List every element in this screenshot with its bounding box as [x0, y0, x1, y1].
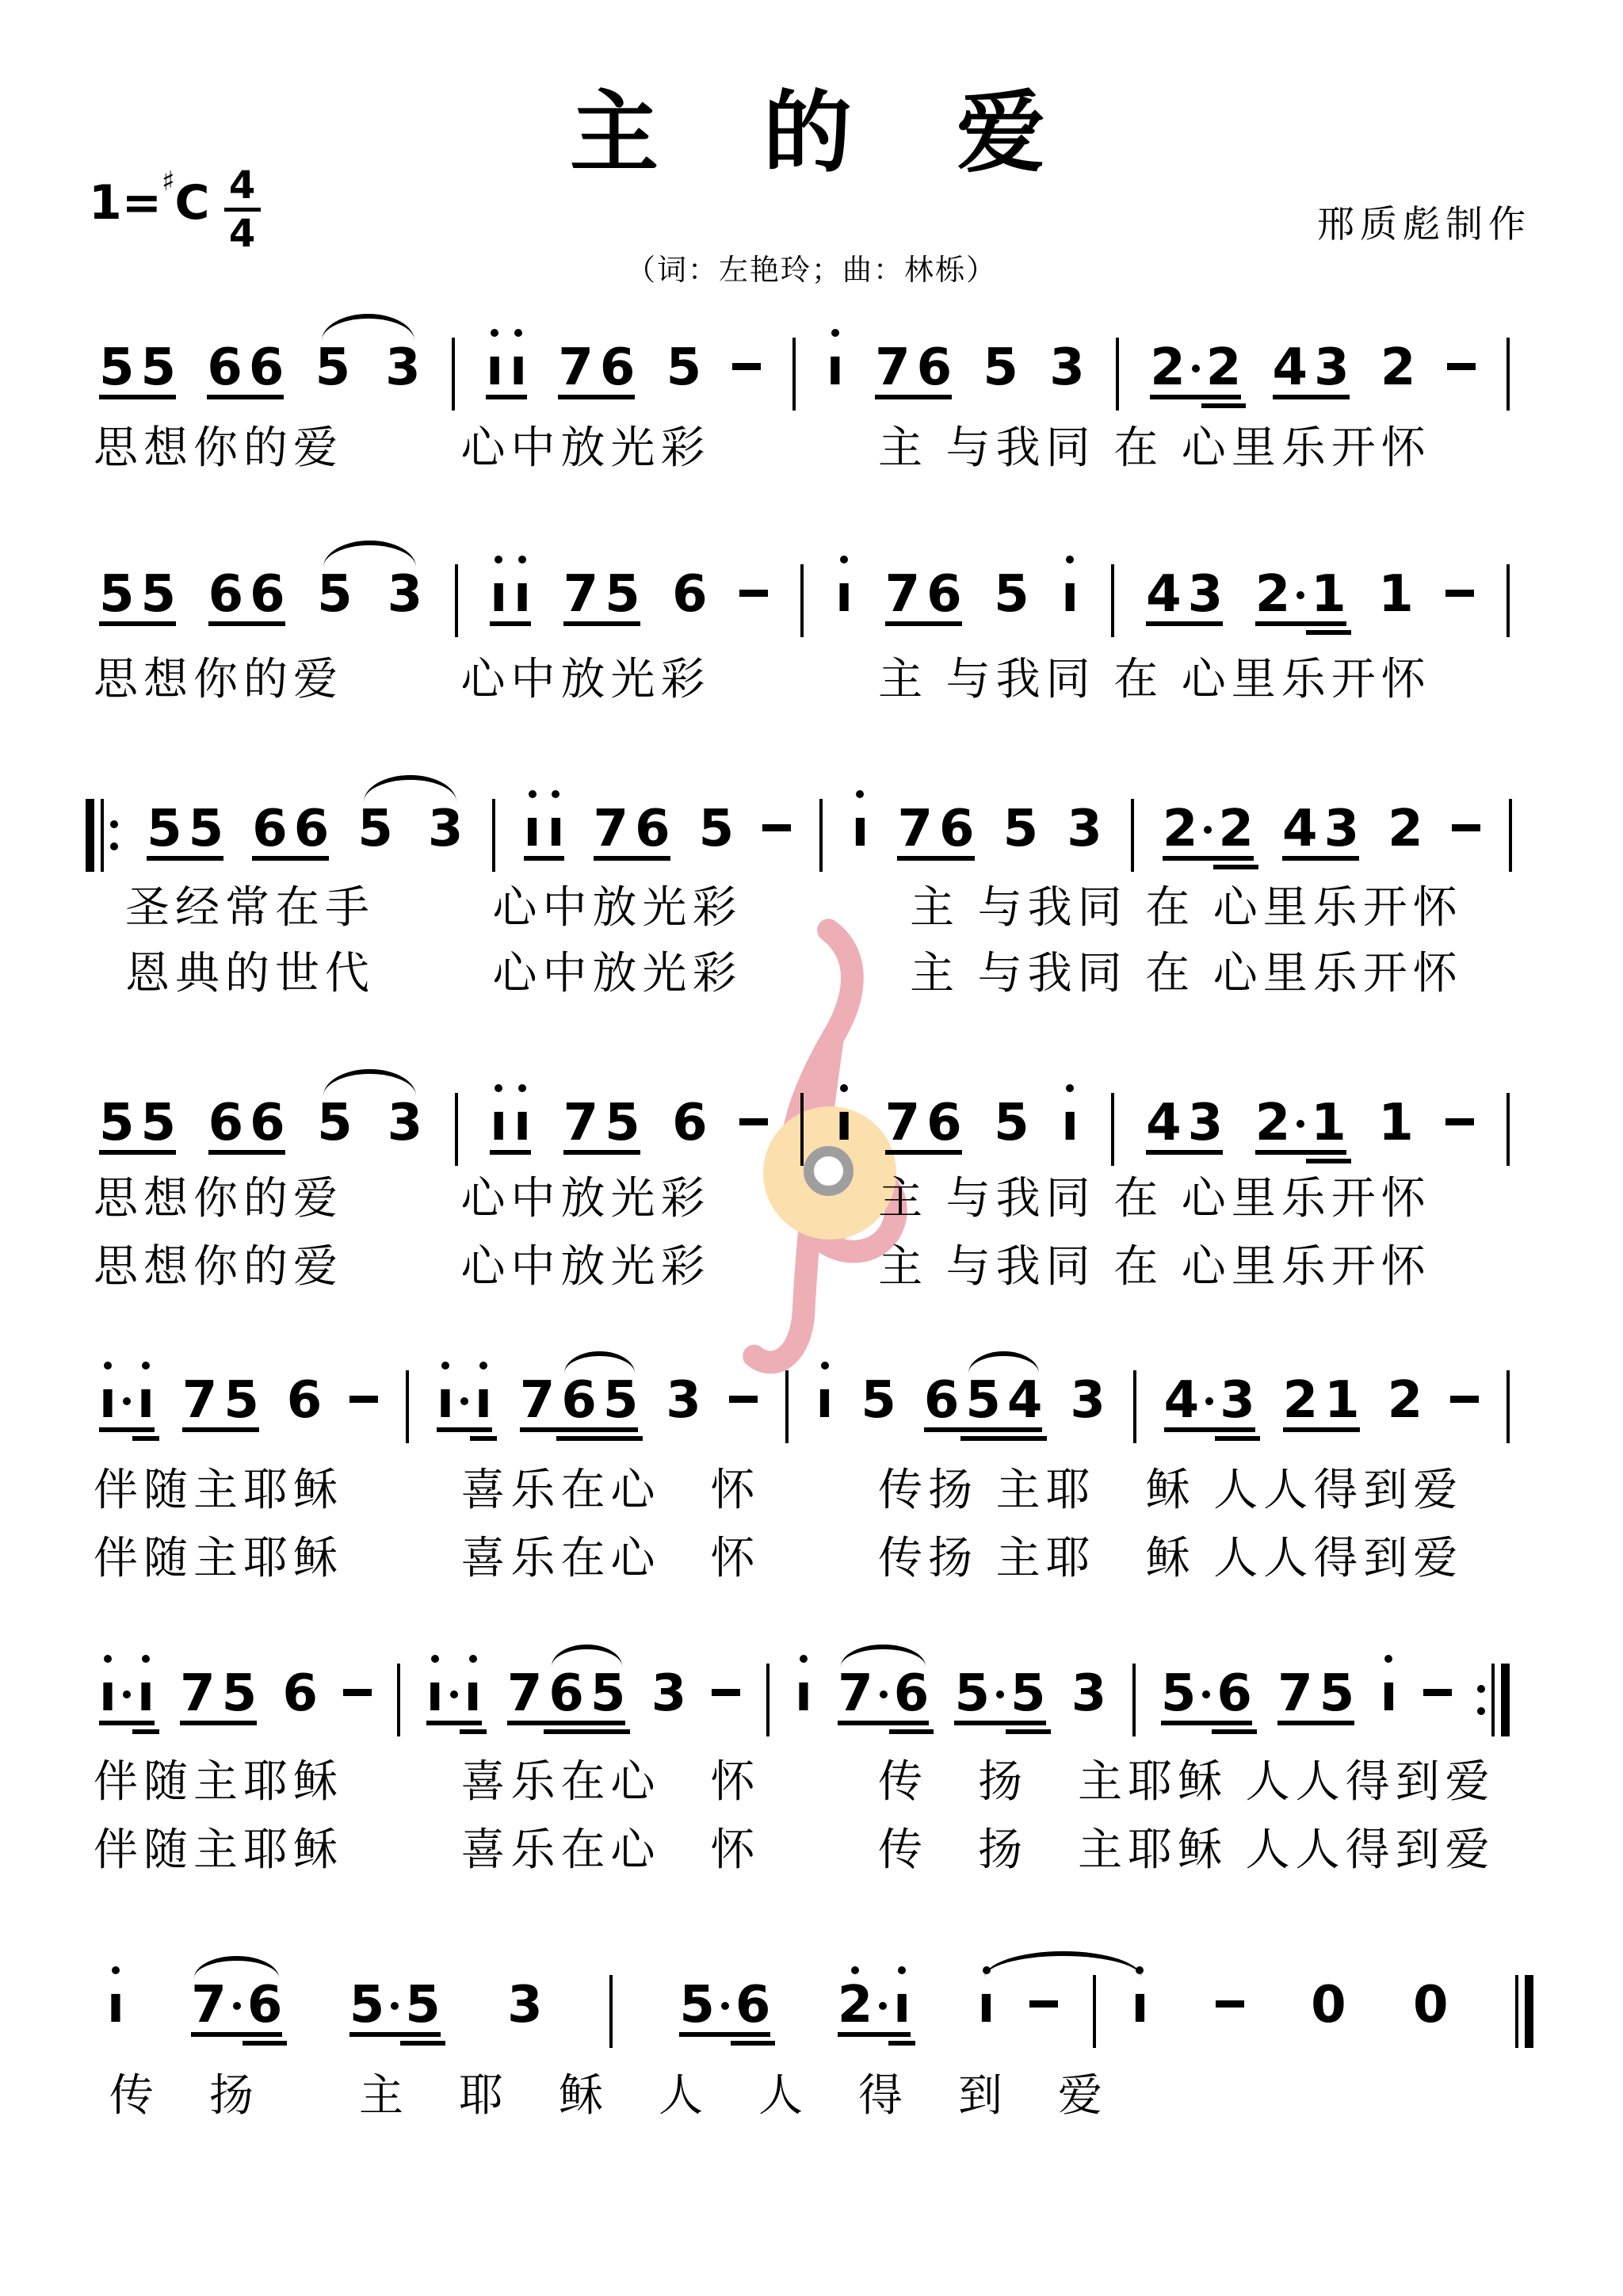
note: ı [816, 1375, 834, 1426]
beamed-group: 21 [1283, 1375, 1360, 1432]
note: 2 [1381, 342, 1416, 393]
note: 5 [223, 1375, 259, 1426]
beamed-group: 22 [1163, 804, 1254, 861]
note: 5 [317, 1098, 353, 1148]
repeat-dots [110, 820, 118, 850]
lyrics-row-5-1: 伴随主耶稣 喜乐在心 怀 传扬 主耶 稣 人人得到爱 [94, 1465, 1463, 1515]
note: 6 [287, 1375, 323, 1426]
note: ı [1380, 1668, 1397, 1719]
beamed-group: 765 [507, 1668, 626, 1725]
repeat-dot [110, 820, 118, 828]
lyrics-row-3-1: 圣经常在手 心中放光彩 主 与我同 在 心里乐开怀 [125, 882, 1463, 933]
repeat-dot [1477, 1707, 1485, 1715]
note: 6 [208, 569, 244, 620]
beamed-group: ıı [99, 1375, 155, 1432]
barline [1507, 1093, 1510, 1166]
dash-note [739, 590, 768, 597]
beamed-group: 75 [182, 1375, 259, 1432]
note: 5 [1161, 1668, 1197, 1719]
note: 6 [561, 1375, 597, 1426]
note: ı [99, 1668, 116, 1719]
beamed-group: ıı [490, 569, 531, 626]
note: ı [835, 1098, 853, 1148]
beamed-group: 21 [1255, 569, 1346, 626]
note: 5 [954, 1668, 990, 1719]
dash-note [739, 1118, 768, 1125]
note: 6 [894, 1668, 930, 1719]
notes-row-7: ı76553562ııı00 [107, 1980, 1533, 2048]
note: 5 [699, 804, 735, 854]
note: 2 [1255, 569, 1291, 620]
beamed-group: 2ı [838, 1980, 911, 2037]
note: 6 [926, 1098, 962, 1148]
lyrics-row-6-1: 伴随主耶稣 喜乐在心 怀 传 扬 主耶稣 人人得到爱 [94, 1756, 1495, 1807]
note: 0 [1311, 1980, 1346, 2030]
beamed-group: 21 [1255, 1098, 1346, 1155]
barline [1132, 1664, 1136, 1736]
augmentation-dot [721, 2002, 729, 2010]
barline [455, 1093, 458, 1166]
dash-note [343, 1689, 372, 1696]
beamed-group: 76 [191, 1980, 282, 2037]
note: ı [548, 804, 565, 854]
note: 6 [635, 804, 670, 854]
dash-note [729, 1396, 758, 1403]
note: ı [426, 1668, 444, 1719]
note: ı [437, 1375, 454, 1426]
note: ı [978, 1980, 995, 2030]
note: 5 [1319, 1668, 1355, 1719]
note: 6 [600, 342, 636, 393]
note: 5 [349, 1980, 385, 2030]
note: 5 [1010, 1668, 1046, 1719]
note: ı [475, 1375, 492, 1426]
note: 3 [1070, 1375, 1106, 1426]
barline [452, 338, 455, 411]
note: 7 [875, 342, 911, 393]
dash-note [1216, 2000, 1244, 2008]
note: 6 [294, 804, 330, 854]
slur-group: 53 [317, 569, 422, 620]
beamed-group: 66 [208, 1098, 285, 1155]
note: 3 [1188, 569, 1224, 620]
note: 5 [99, 1098, 135, 1148]
beamed-group: 43 [1146, 1098, 1223, 1155]
note: 7 [558, 342, 594, 393]
note: 1 [1311, 569, 1346, 620]
barline [609, 1975, 613, 2048]
note: ı [514, 1098, 531, 1148]
note: 6 [252, 804, 288, 854]
note: 5 [99, 569, 135, 620]
beamed-group: ıı [426, 1668, 482, 1725]
note: ı [107, 1980, 124, 2030]
note: 3 [1049, 342, 1085, 393]
lyrics-row-5-2: 伴随主耶稣 喜乐在心 怀 传扬 主耶 稣 人人得到爱 [94, 1533, 1463, 1584]
beamed-group: 76 [594, 804, 670, 861]
barline [1116, 338, 1119, 411]
note: 1 [1324, 1375, 1360, 1426]
beamed-group: 76 [875, 342, 952, 399]
note: ı [510, 342, 527, 393]
notes-row-5: ıı756ıı7653ı5654343212 [99, 1375, 1510, 1443]
note: ı [835, 569, 853, 620]
note: 5 [317, 569, 353, 620]
augmentation-dot [450, 1690, 458, 1698]
slur-group: 53 [317, 1098, 422, 1148]
note: 5 [141, 1098, 177, 1148]
lyrics-row-7-1: 传 扬 主 耶 稣 人 人 得 到 爱 [109, 2070, 1108, 2121]
barline [1507, 338, 1510, 411]
note: 5 [315, 342, 351, 393]
beamed-group: ıı [99, 1668, 155, 1725]
note: 5 [99, 342, 135, 393]
note: 7 [507, 1668, 543, 1719]
beamed-group: 55 [349, 1980, 441, 2037]
notes-row-6: ıı756ıı7653ı765535675ı [99, 1668, 1510, 1736]
beamed-group: 76 [885, 1098, 962, 1155]
augmentation-dot [880, 1690, 888, 1698]
barline [800, 1093, 804, 1166]
note: 3 [1220, 1375, 1255, 1426]
note: 2 [838, 1980, 873, 2030]
beamed-group: 56 [1161, 1668, 1252, 1725]
barline [406, 1370, 409, 1443]
note: 7 [180, 1668, 216, 1719]
beamed-group: 43 [1146, 569, 1223, 626]
beamed-group: 75 [180, 1668, 257, 1725]
note: 6 [672, 569, 708, 620]
note: ı [827, 342, 844, 393]
bar-thick [1525, 1975, 1533, 2048]
note: 5 [666, 342, 702, 393]
note: 7 [520, 1375, 556, 1426]
note: 5 [357, 804, 393, 854]
beamed-group: 43 [1164, 1375, 1255, 1432]
beamed-group: ıı [437, 1375, 492, 1432]
lyrics-row-3-2: 恩典的世代 心中放光彩 主 与我同 在 心里乐开怀 [125, 948, 1463, 999]
slur-group: 65 [548, 1668, 625, 1719]
note: 4 [1007, 1375, 1043, 1426]
slur-group: 53 [357, 804, 463, 854]
dash-note [1029, 2000, 1058, 2008]
augmentation-dot [123, 1690, 131, 1698]
barline [800, 564, 804, 637]
beamed-group: 22 [1150, 342, 1241, 399]
bar-thin [1491, 1664, 1495, 1736]
augmentation-dot [1202, 1690, 1210, 1698]
note: 2 [1163, 804, 1198, 854]
note: ı [99, 1375, 116, 1426]
beamed-group: 55 [147, 804, 223, 861]
note: 6 [939, 804, 975, 854]
beamed-group: 765 [520, 1375, 639, 1432]
augmentation-dot [123, 1397, 131, 1405]
note: 3 [385, 342, 421, 393]
note: 3 [1188, 1098, 1224, 1148]
dash-note [1423, 1689, 1452, 1696]
dash-note [762, 824, 791, 831]
notes-row-3: 556653ıı765ı765322432 [86, 804, 1512, 872]
repeat-end-sign [1477, 1664, 1510, 1736]
beamed-group: 76 [897, 804, 974, 861]
note: 5 [189, 804, 224, 854]
note: ı [490, 1098, 507, 1148]
note: 5 [141, 569, 177, 620]
note: 4 [1282, 804, 1318, 854]
note: 6 [249, 342, 285, 393]
note: 5 [605, 569, 640, 620]
note: ı [1131, 1980, 1148, 2030]
note: 3 [388, 1098, 423, 1148]
note: 5 [861, 1375, 896, 1426]
repeat-dots [1477, 1685, 1485, 1715]
note: 6 [548, 1668, 584, 1719]
beamed-group: 76 [838, 1668, 929, 1725]
note: 4 [1273, 342, 1308, 393]
note: 6 [282, 1668, 318, 1719]
beamed-group: 55 [99, 342, 176, 399]
note: 5 [405, 1980, 441, 2030]
note: 4 [1146, 569, 1182, 620]
note: 3 [1314, 342, 1350, 393]
note: 6 [917, 342, 953, 393]
note: 6 [735, 1980, 771, 2030]
note: 2 [1206, 342, 1242, 393]
note: 6 [250, 569, 285, 620]
note: 5 [965, 1375, 1001, 1426]
dash-note [1452, 824, 1480, 831]
note: 6 [207, 342, 242, 393]
dash-note [1445, 590, 1474, 597]
note: 6 [250, 1098, 285, 1148]
augmentation-dot [1192, 365, 1200, 372]
barline [1507, 564, 1510, 637]
note: 7 [885, 1098, 921, 1148]
note: 7 [594, 804, 629, 854]
note: ı [514, 569, 531, 620]
dash-note [1447, 363, 1476, 370]
augmentation-dot [233, 2002, 241, 2010]
note: 7 [563, 569, 599, 620]
note: 6 [208, 1098, 244, 1148]
barline [1131, 799, 1134, 872]
note: 3 [1324, 804, 1360, 854]
note: ı [490, 569, 507, 620]
note: 7 [182, 1375, 218, 1426]
beamed-group: 75 [1277, 1668, 1354, 1725]
beamed-group: 55 [99, 1098, 176, 1155]
note: 5 [994, 1098, 1029, 1148]
note: 1 [1311, 1098, 1346, 1148]
note: 6 [926, 569, 962, 620]
augmentation-dot [391, 2002, 399, 2010]
barline [397, 1664, 400, 1736]
note: 6 [247, 1980, 283, 2030]
beamed-group: 43 [1273, 342, 1350, 399]
score: 556653ıı765ı765322432思想你的爱 心中放光彩 主 与我同 在… [0, 0, 1623, 2296]
barline [1093, 1975, 1096, 2048]
note: 6 [924, 1375, 960, 1426]
beamed-group: 43 [1282, 804, 1359, 861]
note: 5 [141, 342, 177, 393]
note: 5 [679, 1980, 715, 2030]
beamed-group: 66 [207, 342, 284, 399]
note: 4 [1146, 1098, 1182, 1148]
note: 5 [994, 569, 1029, 620]
note: 7 [897, 804, 933, 854]
note: ı [1061, 1098, 1079, 1148]
note: 2 [1150, 342, 1186, 393]
note: 7 [838, 1668, 873, 1719]
note: 7 [563, 1098, 599, 1148]
notes-row-1: 556653ıı765ı765322432 [99, 342, 1510, 411]
slur-group: 53 [315, 342, 421, 393]
bar-thin [1515, 1975, 1518, 2048]
dash-note [732, 363, 761, 370]
notes-row-4: 556653ıı756ı765ı43211 [99, 1098, 1510, 1166]
note: ı [1061, 569, 1079, 620]
beamed-group: 66 [252, 804, 329, 861]
note: 5 [983, 342, 1018, 393]
note: 3 [651, 1668, 687, 1719]
note: 5 [1003, 804, 1039, 854]
beamed-group: 55 [954, 1668, 1045, 1725]
repeat-dot [1477, 1685, 1485, 1693]
augmentation-dot [1204, 826, 1212, 834]
lyrics-row-4-1: 思想你的爱 心中放光彩 主 与我同 在 心里乐开怀 [94, 1173, 1431, 1224]
beamed-group: 76 [558, 342, 635, 399]
lyrics-row-6-2: 伴随主耶稣 喜乐在心 怀 传 扬 主耶稣 人人得到爱 [94, 1824, 1495, 1875]
note: 2 [1388, 1375, 1423, 1426]
dash-note [712, 1689, 740, 1696]
note: 2 [1283, 1375, 1319, 1426]
note: 0 [1413, 1980, 1449, 2030]
note: ı [524, 804, 541, 854]
beamed-group: 56 [679, 1980, 770, 2037]
beamed-group: 76 [885, 569, 962, 626]
slur-group: 54 [965, 1375, 1042, 1426]
notes-row-2: 556653ıı756ı765ı43211 [99, 569, 1510, 637]
barline [1507, 1370, 1510, 1443]
note: 7 [191, 1980, 227, 2030]
note: 1 [1378, 569, 1414, 620]
note: 5 [605, 1098, 640, 1148]
dash-note [349, 1396, 378, 1403]
augmentation-dot [1296, 591, 1304, 599]
note: 5 [147, 804, 182, 854]
barline [1111, 564, 1114, 637]
barline [1509, 799, 1512, 872]
beamed-group: ıı [486, 342, 527, 399]
note: ı [851, 804, 869, 854]
note: 2 [1388, 804, 1423, 854]
barline [792, 338, 796, 411]
note: ı [486, 342, 503, 393]
note: 3 [507, 1980, 543, 2030]
beamed-group: ıı [490, 1098, 531, 1155]
note: 1 [1378, 1098, 1414, 1148]
repeat-dot [110, 842, 118, 850]
lyrics-row-1-1: 思想你的爱 心中放光彩 主 与我同 在 心里乐开怀 [94, 422, 1431, 473]
lyrics-row-4-2: 思想你的爱 心中放光彩 主 与我同 在 心里乐开怀 [94, 1241, 1431, 1292]
beamed-group: 75 [563, 1098, 640, 1155]
barline [1133, 1370, 1136, 1443]
note: 3 [428, 804, 464, 854]
bar-thick [1501, 1664, 1510, 1736]
beamed-group: 55 [99, 569, 176, 626]
repeat-begin-sign [86, 799, 118, 872]
augmentation-dot [460, 1397, 468, 1405]
bar-thick [86, 799, 94, 872]
note: 7 [1277, 1668, 1313, 1719]
note: ı [137, 1668, 155, 1719]
barline [1111, 1093, 1114, 1166]
barline [766, 1664, 769, 1736]
dash-note [1450, 1396, 1479, 1403]
beamed-group: 654 [924, 1375, 1043, 1432]
note: 2 [1218, 804, 1254, 854]
barline [785, 1370, 789, 1443]
dash-note [1445, 1118, 1474, 1125]
note: 3 [1067, 804, 1102, 854]
augmentation-dot [879, 2002, 887, 2010]
barline [455, 564, 458, 637]
barline [819, 799, 823, 872]
beamed-group: 66 [208, 569, 285, 626]
note: 3 [666, 1375, 701, 1426]
page: 主 的 爱 1=♯C 4 4 邢质彪制作 （词：左艳玲；曲：林栎） 556653… [0, 0, 1623, 2296]
note: 3 [388, 569, 423, 620]
note: 7 [885, 569, 921, 620]
note: 5 [590, 1668, 626, 1719]
slur-group: ıı [978, 1980, 1149, 2048]
augmentation-dot [996, 1690, 1004, 1698]
note: ı [795, 1668, 812, 1719]
beamed-group: 75 [563, 569, 640, 626]
final-barline [1515, 1975, 1533, 2048]
note: ı [464, 1668, 482, 1719]
note: 5 [222, 1668, 258, 1719]
note: 6 [672, 1098, 708, 1148]
note: 4 [1164, 1375, 1200, 1426]
lyrics-row-2-1: 思想你的爱 心中放光彩 主 与我同 在 心里乐开怀 [94, 654, 1431, 705]
note: 6 [1216, 1668, 1252, 1719]
note: 3 [1071, 1668, 1107, 1719]
bar-thin [101, 799, 104, 872]
note: 2 [1255, 1098, 1291, 1148]
note: ı [893, 1980, 911, 2030]
note: 5 [603, 1375, 639, 1426]
slur-group: 65 [561, 1375, 638, 1426]
barline [492, 799, 495, 872]
augmentation-dot [1296, 1120, 1304, 1128]
beamed-group: ıı [524, 804, 565, 861]
augmentation-dot [1205, 1397, 1213, 1405]
note: ı [137, 1375, 155, 1426]
